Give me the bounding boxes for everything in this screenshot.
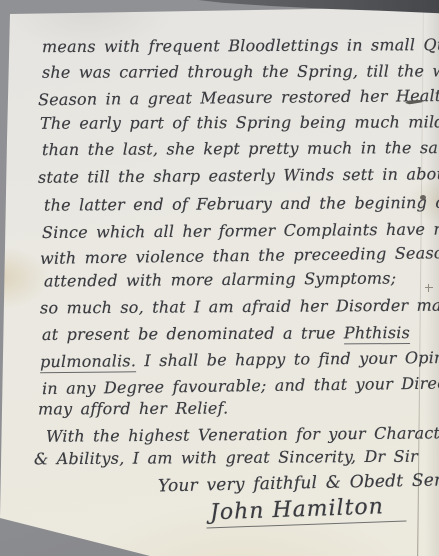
photo-stage: means with frequent Bloodlettings in sma… — [0, 0, 439, 556]
letter-line-6: state till the sharp easterly Winds sett… — [38, 164, 439, 187]
letter-line-2: she was carried through the Spring, till… — [42, 61, 439, 82]
letter-line-3: Season in a great Measure restored her H… — [38, 86, 439, 109]
letter-line-15: may afford her Relief. — [38, 399, 229, 419]
letter-line-14: in any Degree favourable; and that your … — [42, 373, 439, 398]
letter-line-11: so much so, that I am afraid her Disorde… — [40, 296, 439, 318]
letter-page: means with frequent Bloodlettings in sma… — [0, 0, 439, 556]
letter-line-18: Your very faithful & Obedt Servant — [158, 470, 439, 497]
letter-line-8: Since which all her former Complaints ha… — [42, 219, 439, 242]
letter-line-10: attended with more alarming Symptoms; — [44, 268, 396, 290]
letter-line-16: With the highest Veneration for your Cha… — [46, 423, 439, 446]
letter-line-17: & Abilitys, I am with great Sincerity, D… — [34, 447, 418, 469]
letter-line-13: pulmonalis. I shall be happy to find you… — [40, 348, 439, 372]
cross-mark — [425, 284, 433, 292]
signature: John Hamilton — [206, 494, 407, 526]
letter-line-1: means with frequent Bloodlettings in sma… — [42, 35, 439, 56]
letter-line-5: than the last, she kept pretty much in t… — [42, 138, 439, 159]
letter-line-9: with more violence than the preceeding S… — [40, 243, 439, 268]
letter-line-4: The early part of this Spring being much… — [40, 112, 439, 132]
signature-text: John Hamilton — [206, 494, 407, 529]
ink-dot-mark — [420, 195, 426, 200]
letter-line-7: the latter end of February and the begin… — [44, 192, 439, 214]
letter-line-12: at present be denominated a true Phthisi… — [42, 323, 410, 344]
